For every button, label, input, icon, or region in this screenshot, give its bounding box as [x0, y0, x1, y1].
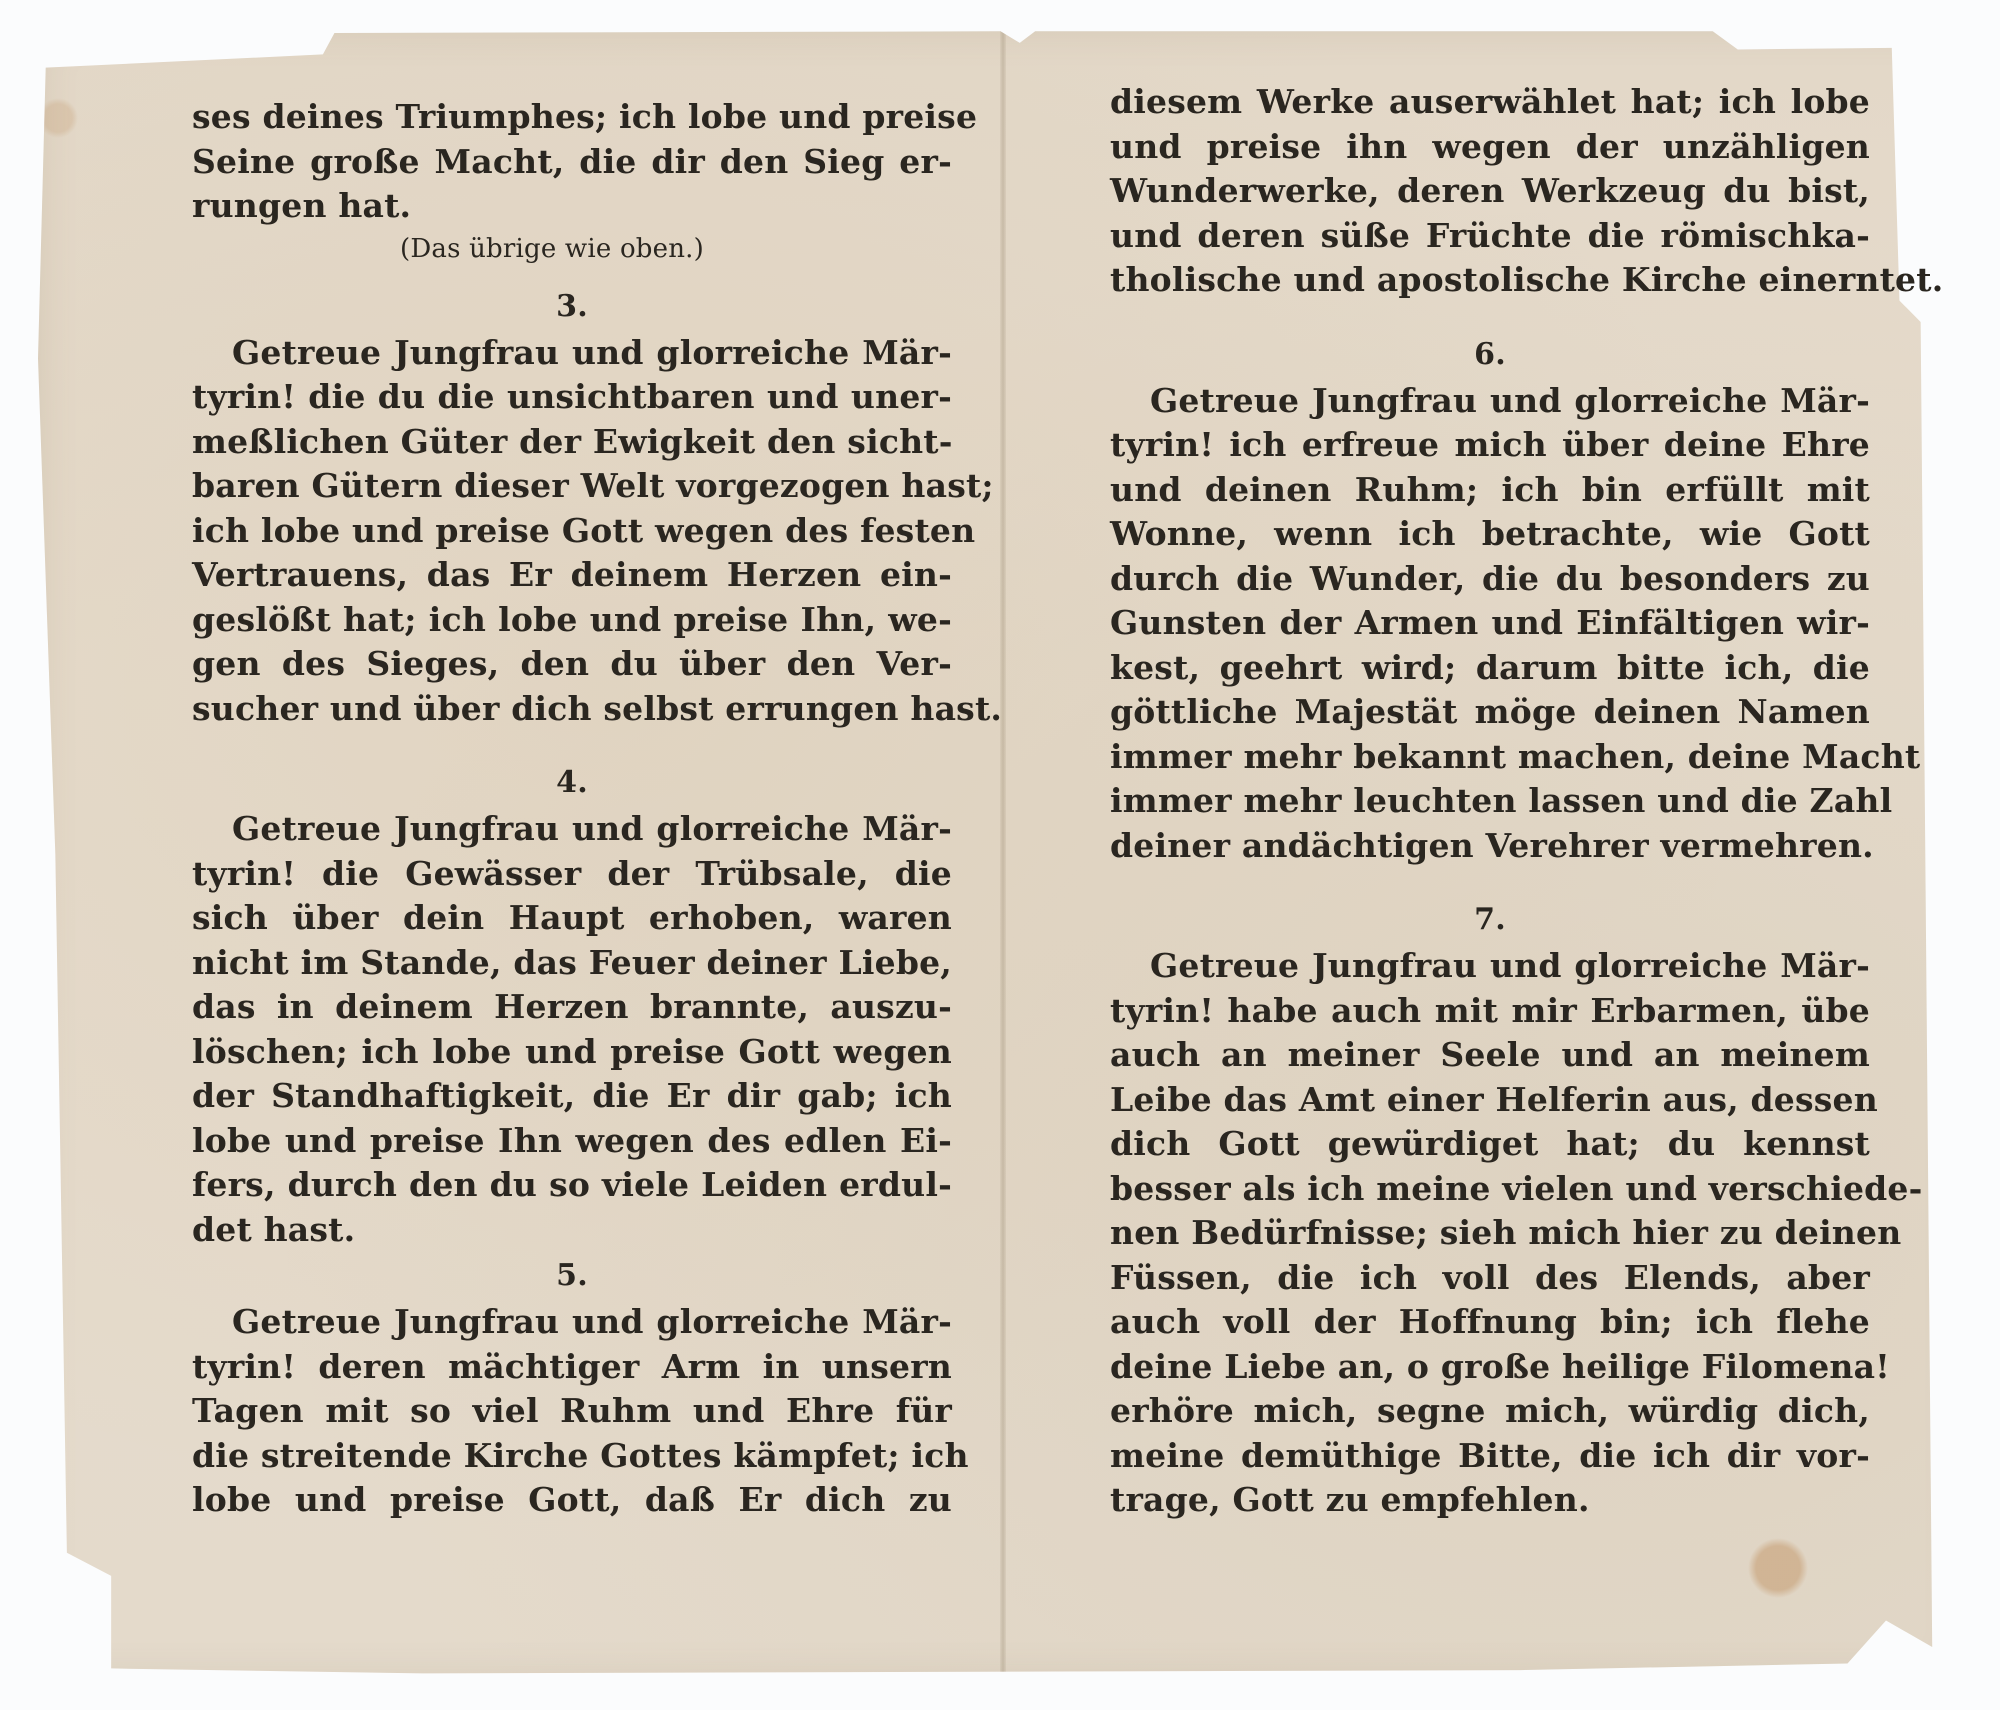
- text-line: det hast.: [192, 1208, 952, 1253]
- text-line: besser als ich meine vielen und verschie…: [1110, 1167, 1870, 1212]
- text-line: Vertrauens, das Er deinem Herzen ein-: [192, 553, 952, 598]
- text-line: trage, Gott zu empfehlen.: [1110, 1478, 1870, 1523]
- text-line: Tagen mit so viel Ruhm und Ehre für: [192, 1389, 952, 1434]
- text-line: ich lobe und preise Gott wegen des feste…: [192, 509, 952, 554]
- center-fold: [1000, 28, 1006, 1680]
- text-line: Seine große Macht, die dir den Sieg er-: [192, 140, 952, 185]
- text-line: nicht im Stande, das Feuer deiner Liebe,: [192, 941, 952, 986]
- text-line: Getreue Jungfrau und glorreiche Mär-: [1110, 379, 1870, 424]
- text-line: geslößt hat; ich lobe und preise Ihn, we…: [192, 598, 952, 643]
- text-line: auch voll der Hoffnung bin; ich flehe: [1110, 1300, 1870, 1345]
- text-line: baren Gütern dieser Welt vorgezogen hast…: [192, 464, 952, 509]
- text-line: meßlichen Güter der Ewigkeit den sicht-: [192, 420, 952, 465]
- section-number: 7.: [1110, 896, 1870, 944]
- text-line: lobe und preise Gott, daß Er dich zu: [192, 1478, 952, 1523]
- section-number: 4.: [192, 759, 952, 807]
- text-line: ses deines Triumphes; ich lobe und preis…: [192, 95, 952, 140]
- text-line: durch die Wunder, die du besonders zu: [1110, 557, 1870, 602]
- text-line: tholische und apostolische Kirche einern…: [1110, 258, 1870, 303]
- text-line: Wunderwerke, deren Werkzeug du bist,: [1110, 169, 1870, 214]
- text-line: das in deinem Herzen brannte, auszu-: [192, 985, 952, 1030]
- text-line: dich Gott gewürdiget hat; du kennst: [1110, 1122, 1870, 1167]
- text-line: auch an meiner Seele und an meinem: [1110, 1033, 1870, 1078]
- right-page: diesem Werke auserwählet hat; ich lobe u…: [1110, 80, 1870, 1523]
- text-line: tyrin! deren mächtiger Arm in unsern: [192, 1345, 952, 1390]
- text-line: immer mehr leuchten lassen und die Zahl: [1110, 779, 1870, 824]
- text-line: der Standhaftigkeit, die Er dir gab; ich: [192, 1074, 952, 1119]
- text-line: Getreue Jungfrau und glorreiche Mär-: [192, 807, 952, 852]
- text-line: Leibe das Amt einer Helferin aus, dessen: [1110, 1078, 1870, 1123]
- text-line: tyrin! habe auch mit mir Erbarmen, übe: [1110, 989, 1870, 1034]
- text-line: tyrin! ich erfreue mich über deine Ehre: [1110, 423, 1870, 468]
- text-line: tyrin! die du die unsichtbaren und uner-: [192, 375, 952, 420]
- text-line: deiner andächtigen Verehrer vermehren.: [1110, 824, 1870, 869]
- text-line: löschen; ich lobe und preise Gott wegen: [192, 1030, 952, 1075]
- text-line: fers, durch den du so viele Leiden erdul…: [192, 1163, 952, 1208]
- section-number: 5.: [192, 1252, 952, 1300]
- text-line: sich über dein Haupt erhoben, waren: [192, 896, 952, 941]
- left-page: ses deines Triumphes; ich lobe und preis…: [192, 95, 952, 1523]
- text-line: Füssen, die ich voll des Elends, aber: [1110, 1256, 1870, 1301]
- text-line: und preise ihn wegen der unzähligen: [1110, 125, 1870, 170]
- text-line: lobe und preise Ihn wegen des edlen Ei-: [192, 1119, 952, 1164]
- text-line: Getreue Jungfrau und glorreiche Mär-: [192, 331, 952, 376]
- text-line: diesem Werke auserwählet hat; ich lobe: [1110, 80, 1870, 125]
- text-line: und deren süße Früchte die römischka-: [1110, 214, 1870, 259]
- text-line: und deinen Ruhm; ich bin erfüllt mit: [1110, 468, 1870, 513]
- text-line: kest, geehrt wird; darum bitte ich, die: [1110, 646, 1870, 691]
- text-line: Gunsten der Armen und Einfältigen wir-: [1110, 601, 1870, 646]
- text-line: rungen hat.: [192, 184, 952, 229]
- text-line: göttliche Majestät möge deinen Namen: [1110, 690, 1870, 735]
- text-line: immer mehr bekannt machen, deine Macht: [1110, 735, 1870, 780]
- editorial-note: (Das übrige wie oben.): [192, 229, 952, 269]
- text-line: erhöre mich, segne mich, würdig dich,: [1110, 1389, 1870, 1434]
- text-line: tyrin! die Gewässer der Trübsale, die: [192, 852, 952, 897]
- scan-background: ses deines Triumphes; ich lobe und preis…: [0, 0, 2000, 1710]
- text-line: sucher und über dich selbst errungen has…: [192, 687, 952, 732]
- section-number: 3.: [192, 283, 952, 331]
- text-line: deine Liebe an, o große heilige Filomena…: [1110, 1345, 1870, 1390]
- text-line: Wonne, wenn ich betrachte, wie Gott: [1110, 512, 1870, 557]
- text-line: meine demüthige Bitte, die ich dir vor-: [1110, 1434, 1870, 1479]
- section-number: 6.: [1110, 331, 1870, 379]
- text-line: Getreue Jungfrau und glorreiche Mär-: [192, 1300, 952, 1345]
- text-line: nen Bedürfnisse; sieh mich hier zu deine…: [1110, 1211, 1870, 1256]
- text-line: die streitende Kirche Gottes kämpfet; ic…: [192, 1434, 952, 1479]
- text-line: Getreue Jungfrau und glorreiche Mär-: [1110, 944, 1870, 989]
- text-line: gen des Sieges, den du über den Ver-: [192, 642, 952, 687]
